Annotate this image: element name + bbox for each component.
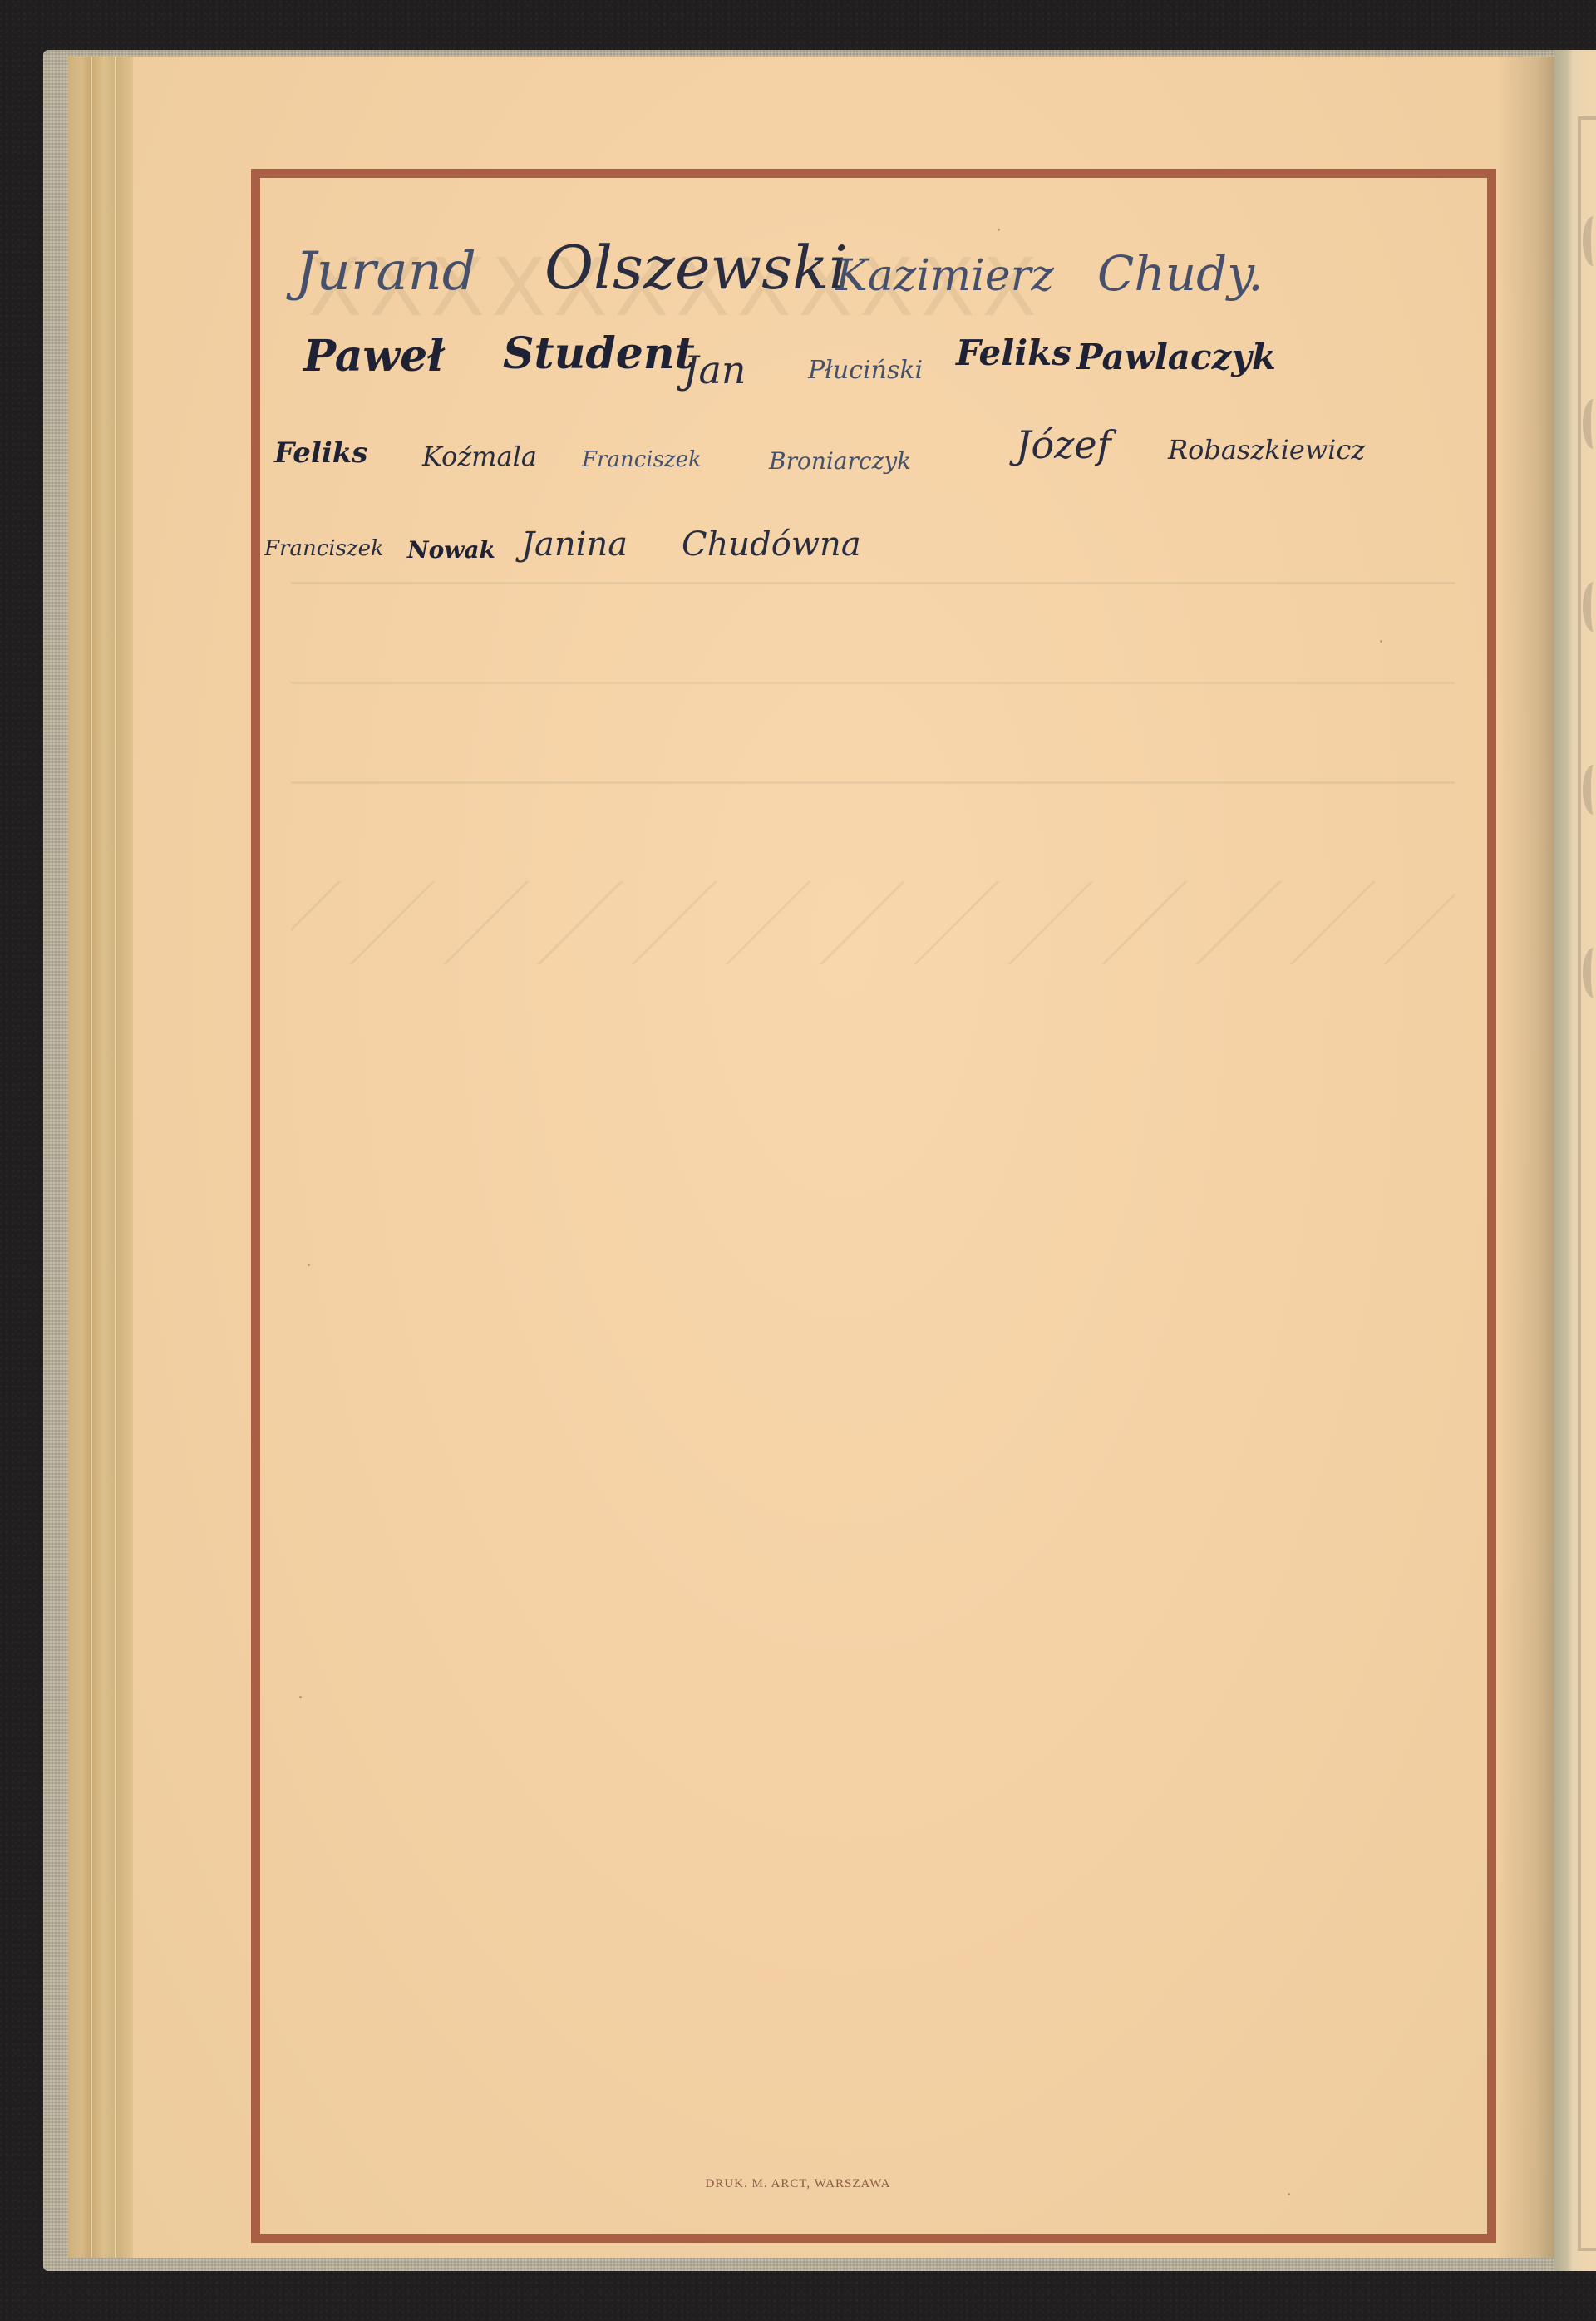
handwritten-name: Jan [683, 347, 746, 392]
handwritten-name: Pawlaczyk [1076, 337, 1276, 377]
handwritten-name: Chudy. [1097, 245, 1263, 302]
handwritten-name: Chudówna [682, 525, 861, 564]
printed-border-frame [251, 169, 1496, 2243]
handwritten-name: Olszewski [544, 233, 848, 303]
page-edges [68, 57, 133, 2258]
speck [997, 229, 1000, 231]
handwritten-name: Franciszek [582, 447, 702, 472]
speck [1288, 2193, 1290, 2195]
handwritten-name: Janina [521, 525, 628, 564]
handwritten-name: Kazimierz [835, 251, 1054, 301]
speck [299, 1696, 302, 1698]
facing-page-edge [1554, 50, 1596, 2271]
gutter-shadow [1496, 57, 1554, 2258]
speck [308, 1264, 310, 1266]
printer-imprint: DRUK. M. ARCT, WARSZAWA [0, 2177, 1596, 2191]
handwritten-name: Koźmala [422, 441, 537, 472]
handwritten-name: Feliks [274, 436, 367, 470]
handwritten-name: Broniarczyk [769, 447, 911, 475]
handwritten-name: Nowak [407, 536, 495, 564]
handwritten-name: Płuciński [808, 356, 923, 385]
handwritten-name: Feliks [956, 333, 1071, 373]
handwritten-name: Jurand [295, 241, 476, 303]
handwritten-name: Robaszkiewicz [1168, 434, 1365, 466]
speck [1380, 640, 1382, 643]
handwritten-name: Paweł [303, 331, 444, 382]
handwritten-name: Student [503, 328, 695, 379]
handwritten-name: Józef [1016, 422, 1111, 467]
handwritten-name: Franciszek [264, 536, 384, 561]
